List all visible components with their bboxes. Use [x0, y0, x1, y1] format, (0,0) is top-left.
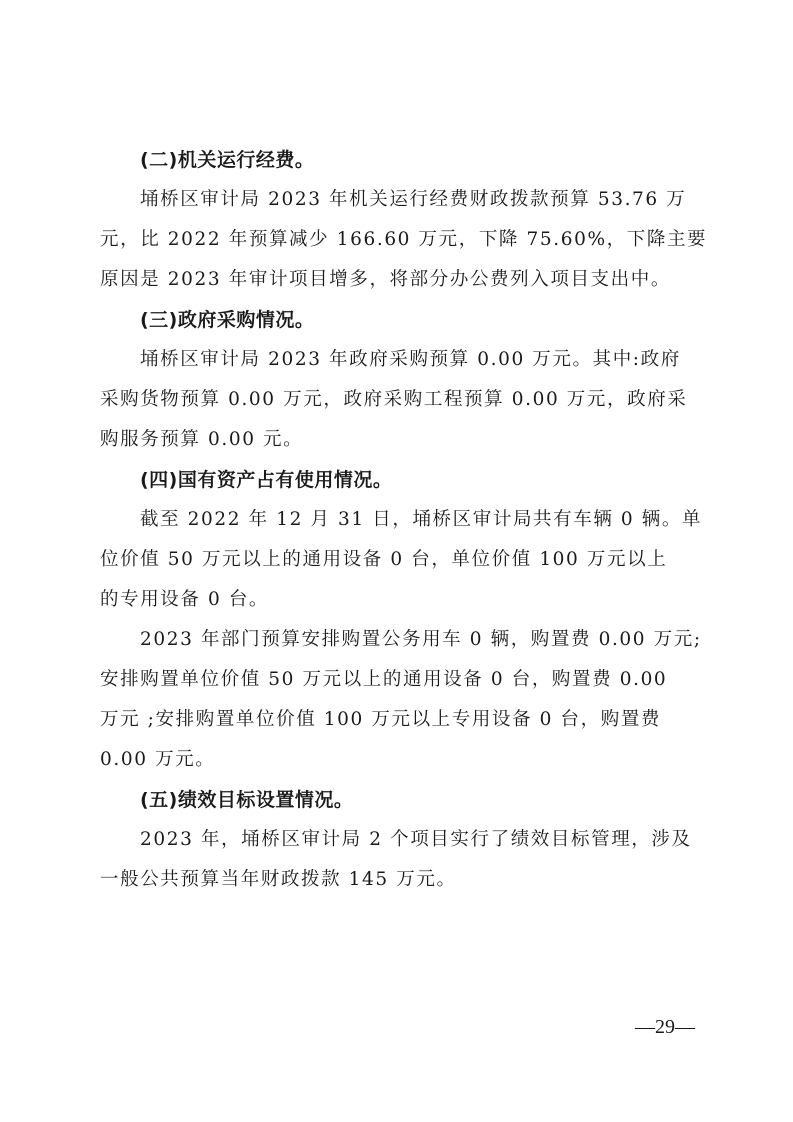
page-number: —29— — [635, 1016, 695, 1039]
text-line: 埇桥区审计局 2023 年机关运行经费财政拨款预算 53.76 万 — [100, 180, 694, 220]
text-line: 2023 年，埇桥区审计局 2 个项目实行了绩效目标管理，涉及 — [100, 820, 694, 860]
text-line: 元，比 2022 年预算减少 166.60 万元，下降 75.60%，下降主要 — [100, 220, 694, 260]
text-line: 2023 年部门预算安排购置公务用车 0 辆，购置费 0.00 万元; — [100, 620, 694, 660]
section-performance-goals: (五)绩效目标设置情况。 2023 年，埇桥区审计局 2 个项目实行了绩效目标管… — [100, 780, 694, 900]
section-heading: (三)政府采购情况。 — [100, 300, 694, 340]
section-state-assets: (四)国有资产占有使用情况。 截至 2022 年 12 月 31 日，埇桥区审计… — [100, 460, 694, 780]
text-line: 位价值 50 万元以上的通用设备 0 台，单位价值 100 万元以上 — [100, 540, 694, 580]
text-line: 安排购置单位价值 50 万元以上的通用设备 0 台，购置费 0.00 — [100, 660, 694, 700]
document-body: (二)机关运行经费。 埇桥区审计局 2023 年机关运行经费财政拨款预算 53.… — [100, 140, 694, 900]
document-page: (二)机关运行经费。 埇桥区审计局 2023 年机关运行经费财政拨款预算 53.… — [0, 0, 793, 1122]
paragraph: 埇桥区审计局 2023 年机关运行经费财政拨款预算 53.76 万 元，比 20… — [100, 180, 694, 300]
paragraph: 截至 2022 年 12 月 31 日，埇桥区审计局共有车辆 0 辆。单 位价值… — [100, 500, 694, 620]
text-line: 原因是 2023 年审计项目增多，将部分办公费列入项目支出中。 — [100, 260, 694, 300]
text-line: 截至 2022 年 12 月 31 日，埇桥区审计局共有车辆 0 辆。单 — [100, 500, 694, 540]
text-line: 0.00 万元。 — [100, 740, 694, 780]
section-heading: (四)国有资产占有使用情况。 — [100, 460, 694, 500]
text-line: 购服务预算 0.00 元。 — [100, 420, 694, 460]
section-government-procurement: (三)政府采购情况。 埇桥区审计局 2023 年政府采购预算 0.00 万元。其… — [100, 300, 694, 460]
section-operating-expenses: (二)机关运行经费。 埇桥区审计局 2023 年机关运行经费财政拨款预算 53.… — [100, 140, 694, 300]
text-line: 的专用设备 0 台。 — [100, 580, 694, 620]
text-line: 一般公共预算当年财政拨款 145 万元。 — [100, 860, 694, 900]
text-line: 埇桥区审计局 2023 年政府采购预算 0.00 万元。其中:政府 — [100, 340, 694, 380]
section-heading: (二)机关运行经费。 — [100, 140, 694, 180]
paragraph: 埇桥区审计局 2023 年政府采购预算 0.00 万元。其中:政府 采购货物预算… — [100, 340, 694, 460]
paragraph: 2023 年部门预算安排购置公务用车 0 辆，购置费 0.00 万元; 安排购置… — [100, 620, 694, 780]
text-line: 万元 ;安排购置单位价值 100 万元以上专用设备 0 台，购置费 — [100, 700, 694, 740]
section-heading: (五)绩效目标设置情况。 — [100, 780, 694, 820]
paragraph: 2023 年，埇桥区审计局 2 个项目实行了绩效目标管理，涉及 一般公共预算当年… — [100, 820, 694, 900]
text-line: 采购货物预算 0.00 万元，政府采购工程预算 0.00 万元，政府采 — [100, 380, 694, 420]
